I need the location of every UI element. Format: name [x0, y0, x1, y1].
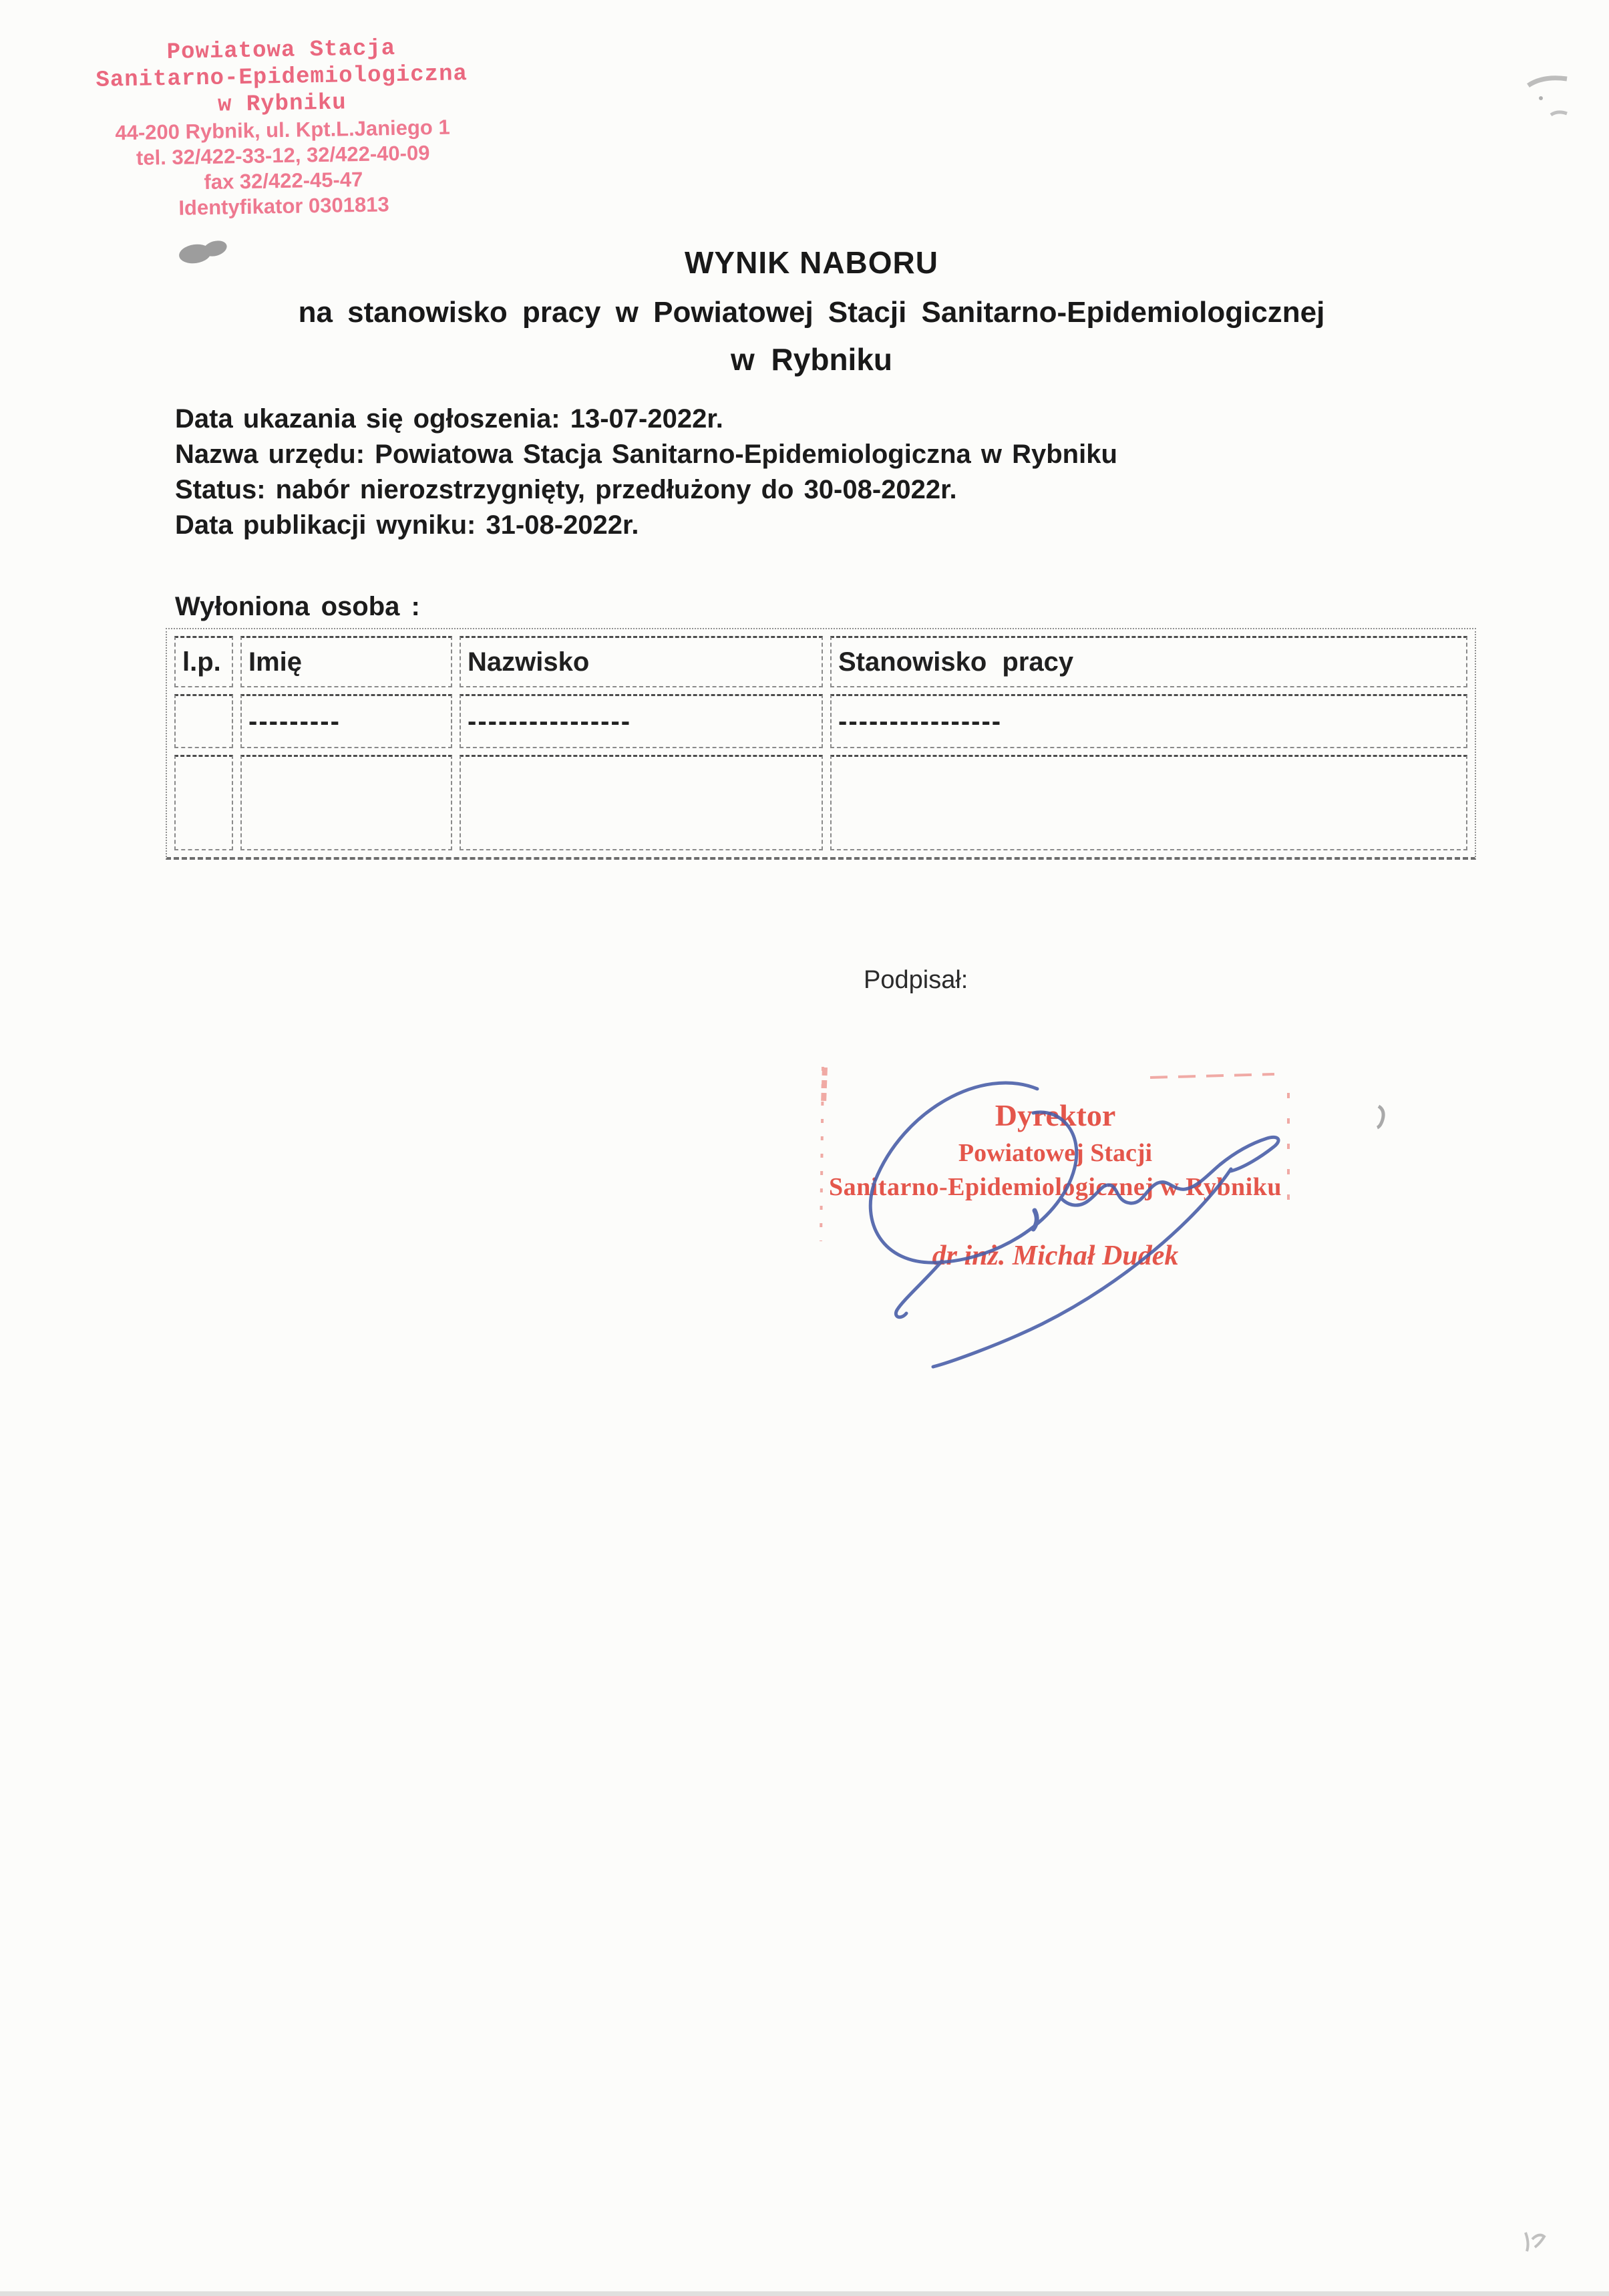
scanner-edge-shadow: [0, 2291, 1609, 2296]
cell-lp: [174, 694, 233, 748]
table-row: [174, 755, 1467, 850]
table-header-row: l.p. Imię Nazwisko Stanowisko pracy: [174, 636, 1467, 687]
document-subtitle: na stanowisko pracy w Powiatowej Stacji …: [0, 296, 1609, 329]
cell-stanowisko: ----------------: [830, 694, 1467, 748]
director-stamp-name: dr inż. Michał Dudek: [721, 1240, 1389, 1272]
meta-announcement-date: Data ukazania się ogłoszenia: 13-07-2022…: [175, 401, 1117, 437]
signature-overlay: [788, 1039, 1389, 1413]
director-stamp-org-2: Sanitarno-Epidemiologicznej w Rybniku: [721, 1172, 1389, 1202]
document-subtitle-city: w Rybniku: [0, 341, 1609, 377]
cell-nazwisko: [460, 755, 823, 850]
smudge-dot: [1539, 96, 1543, 100]
cell-stanowisko: [830, 755, 1467, 850]
scanned-document-page: Powiatowa Stacja Sanitarno-Epidemiologic…: [0, 0, 1609, 2296]
meta-status: Status: nabór nierozstrzygnięty, przedłu…: [175, 472, 1117, 508]
cell-imie: [240, 755, 452, 850]
cell-nazwisko: ----------------: [460, 694, 823, 748]
cell-imie: ---------: [240, 694, 452, 748]
selected-person-heading: Wyłoniona osoba :: [175, 592, 420, 622]
result-table: l.p. Imię Nazwisko Stanowisko pracy ----…: [167, 629, 1475, 857]
document-title: WYNIK NABORU: [0, 244, 1609, 281]
smudge-top-right-2: [1551, 112, 1567, 115]
cell-lp: [174, 755, 233, 850]
director-stamp-title: Dyrektor: [721, 1098, 1389, 1133]
header-cell-imie: Imię: [240, 636, 452, 687]
meta-office-name: Nazwa urzędu: Powiatowa Stacja Sanitarno…: [175, 437, 1117, 472]
stamp-frame-top: [1150, 1074, 1274, 1078]
corner-smudges: [1377, 78, 1567, 2251]
meta-result-date: Data publikacji wyniku: 31-08-2022r.: [175, 508, 1117, 543]
signature-apostrophe: [1033, 1210, 1037, 1229]
header-cell-nazwisko: Nazwisko: [460, 636, 823, 687]
result-table-frame: l.p. Imię Nazwisko Stanowisko pracy ----…: [166, 628, 1476, 860]
signed-by-label: Podpisał:: [864, 966, 968, 995]
smudge-top-right-1: [1528, 78, 1567, 86]
table-row: --------- ---------------- -------------…: [174, 694, 1467, 748]
smudge-bottom-right-2: [1532, 2235, 1544, 2247]
header-cell-lp: l.p.: [174, 636, 233, 687]
director-stamp-org-1: Powiatowej Stacji: [721, 1138, 1389, 1168]
org-ink-stamp: Powiatowa Stacja Sanitarno-Epidemiologic…: [77, 34, 488, 223]
announcement-meta: Data ukazania się ogłoszenia: 13-07-2022…: [175, 401, 1117, 543]
smudge-bottom-right-1: [1526, 2233, 1528, 2251]
header-cell-stanowisko: Stanowisko pracy: [830, 636, 1467, 687]
